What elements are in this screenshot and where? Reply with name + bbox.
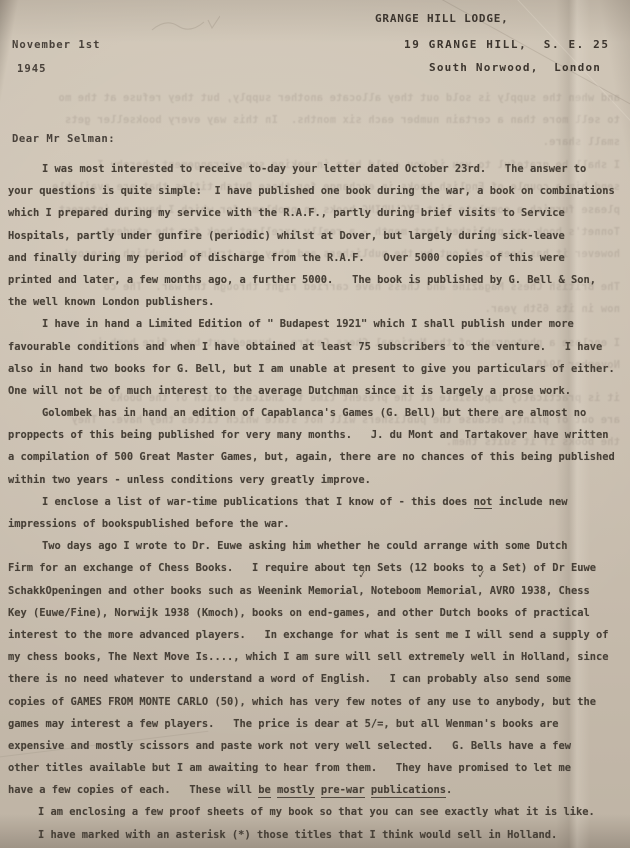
typed-text: Hospitals, partly under gunfire (periodi… [8, 230, 565, 242]
body-line: I have in hand a Limited Edition of " Bu… [8, 313, 626, 335]
body-line: I am enclosing a few proof sheets of my … [8, 801, 626, 823]
typed-text: . [446, 784, 452, 796]
typed-text: impressions of bookspublished before the… [8, 518, 290, 530]
body-line: SchakkOpeningen and other books such as … [8, 580, 626, 602]
typed-text [315, 784, 321, 796]
typed-text: favourable conditions and when I have ob… [8, 341, 602, 353]
letterhead-street: 19 GRANGE HILL, S. E. 25 [404, 38, 610, 51]
body-line: printed and later, a few months ago, a f… [8, 269, 626, 291]
typed-text: which I prepared during my service with … [8, 207, 565, 219]
typed-text: games may interest a few players. The pr… [8, 718, 559, 730]
typed-text: SchakkOpeningen and other books such as … [8, 585, 590, 597]
typed-text: Two days ago I wrote to Dr. Euwe asking … [42, 540, 567, 552]
body-line: interest to the more advanced players. I… [8, 624, 626, 646]
underlined-text: pre-war [321, 784, 365, 798]
date-month-day: November 1st [12, 39, 101, 51]
body-line: Two days ago I wrote to Dr. Euwe asking … [8, 535, 626, 557]
typed-text: a compilation of 500 Great Master Games,… [8, 451, 615, 463]
typed-text: expensive and mostly scissors and paste … [8, 740, 571, 752]
body-line: and finally during my period of discharg… [8, 247, 626, 269]
typed-text: proppects of this being published for ve… [8, 429, 609, 441]
body-line: your questions is quite simple: I have p… [8, 180, 626, 202]
underlined-text: publications [371, 784, 446, 798]
typed-text: other titles available but I am awaiting… [8, 762, 571, 774]
underlined-text: be [258, 784, 271, 798]
typed-text: Golombek has in hand an edition of Capab… [42, 407, 586, 419]
body-line: One will not be of much interest to the … [8, 380, 626, 402]
body-line: there is no need whatever to understand … [8, 668, 626, 690]
typed-text: include new [492, 496, 567, 508]
typed-text: Key (Euwe/Fine), Norwijk 1938 (Kmoch), b… [8, 607, 590, 619]
letterhead-name: GRANGE HILL LODGE, [375, 12, 509, 25]
typed-text: interest to the more advanced players. I… [8, 629, 609, 641]
pencil-mark [148, 14, 220, 38]
body-line: copies of GAMES FROM MONTE CARLO (50), w… [8, 691, 626, 713]
body-line: favourable conditions and when I have ob… [8, 336, 626, 358]
body-line: Golombek has in hand an edition of Capab… [8, 402, 626, 424]
body-line: games may interest a few players. The pr… [8, 713, 626, 735]
body-line: which I prepared during my service with … [8, 202, 626, 224]
body-line: Key (Euwe/Fine), Norwijk 1938 (Kmoch), b… [8, 602, 626, 624]
letterhead-city: South Norwood, London [429, 61, 601, 74]
body-line: I was most interested to receive to-day … [8, 158, 626, 180]
body-line: my chess books, The Next Move Is...., wh… [8, 646, 626, 668]
salutation: Dear Mr Selman: [12, 133, 115, 145]
typed-text: there is no need whatever to understand … [8, 673, 571, 685]
body-line: proppects of this being published for ve… [8, 424, 626, 446]
typed-text: One will not be of much interest to the … [8, 385, 571, 397]
bleedthrough-text: and when the supply is sold out they all… [58, 92, 620, 104]
body-line: impressions of bookspublished before the… [8, 513, 626, 535]
body-line: expensive and mostly scissors and paste … [8, 735, 626, 757]
body-line: other titles available but I am awaiting… [8, 757, 626, 779]
body-line: Firm for an exchange of Chess Books. I r… [8, 557, 626, 579]
letter-photo: and when the supply is sold out they all… [0, 0, 630, 848]
body-line: I enclose a list of war-time publication… [8, 491, 626, 513]
typed-text [365, 784, 371, 796]
typed-text: I was most interested to receive to-day … [42, 163, 586, 175]
bleedthrough-text: to sell more than a certain number each … [65, 114, 620, 126]
typed-text: have a few copies of each. These will [8, 784, 258, 796]
typed-text: my chess books, The Next Move Is...., wh… [8, 651, 609, 663]
typed-text: I have in hand a Limited Edition of " Bu… [42, 318, 574, 330]
typed-text: within two years - unless conditions ver… [8, 474, 371, 486]
typed-text: I have marked with an asterisk (*) those… [38, 829, 557, 841]
underlined-text: not [474, 496, 493, 510]
body-line: I have marked with an asterisk (*) those… [8, 824, 626, 846]
typed-text: I enclose a list of war-time publication… [42, 496, 474, 508]
body-line: the well known London publishers. [8, 291, 626, 313]
typed-text: I am enclosing a few proof sheets of my … [38, 806, 595, 818]
typed-text: also in hand two books for G. Bell, but … [8, 363, 615, 375]
typed-text: Firm for an exchange of Chess Books. I r… [8, 562, 596, 574]
body-line: within two years - unless conditions ver… [8, 469, 626, 491]
typed-text: the well known London publishers. [8, 296, 214, 308]
typed-text: copies of GAMES FROM MONTE CARLO (50), w… [8, 696, 596, 708]
typed-text: and finally during my period of discharg… [8, 252, 565, 264]
underlined-text: mostly [277, 784, 315, 798]
typed-text: your questions is quite simple: I have p… [8, 185, 615, 197]
body-line: have a few copies of each. These will be… [8, 779, 626, 801]
typed-text: printed and later, a few months ago, a f… [8, 274, 596, 286]
body-line: a compilation of 500 Great Master Games,… [8, 446, 626, 468]
body-line: Hospitals, partly under gunfire (periodi… [8, 225, 626, 247]
letter-body: I was most interested to receive to-day … [8, 158, 626, 846]
body-line: also in hand two books for G. Bell, but … [8, 358, 626, 380]
date-year: 1945 [17, 63, 47, 75]
